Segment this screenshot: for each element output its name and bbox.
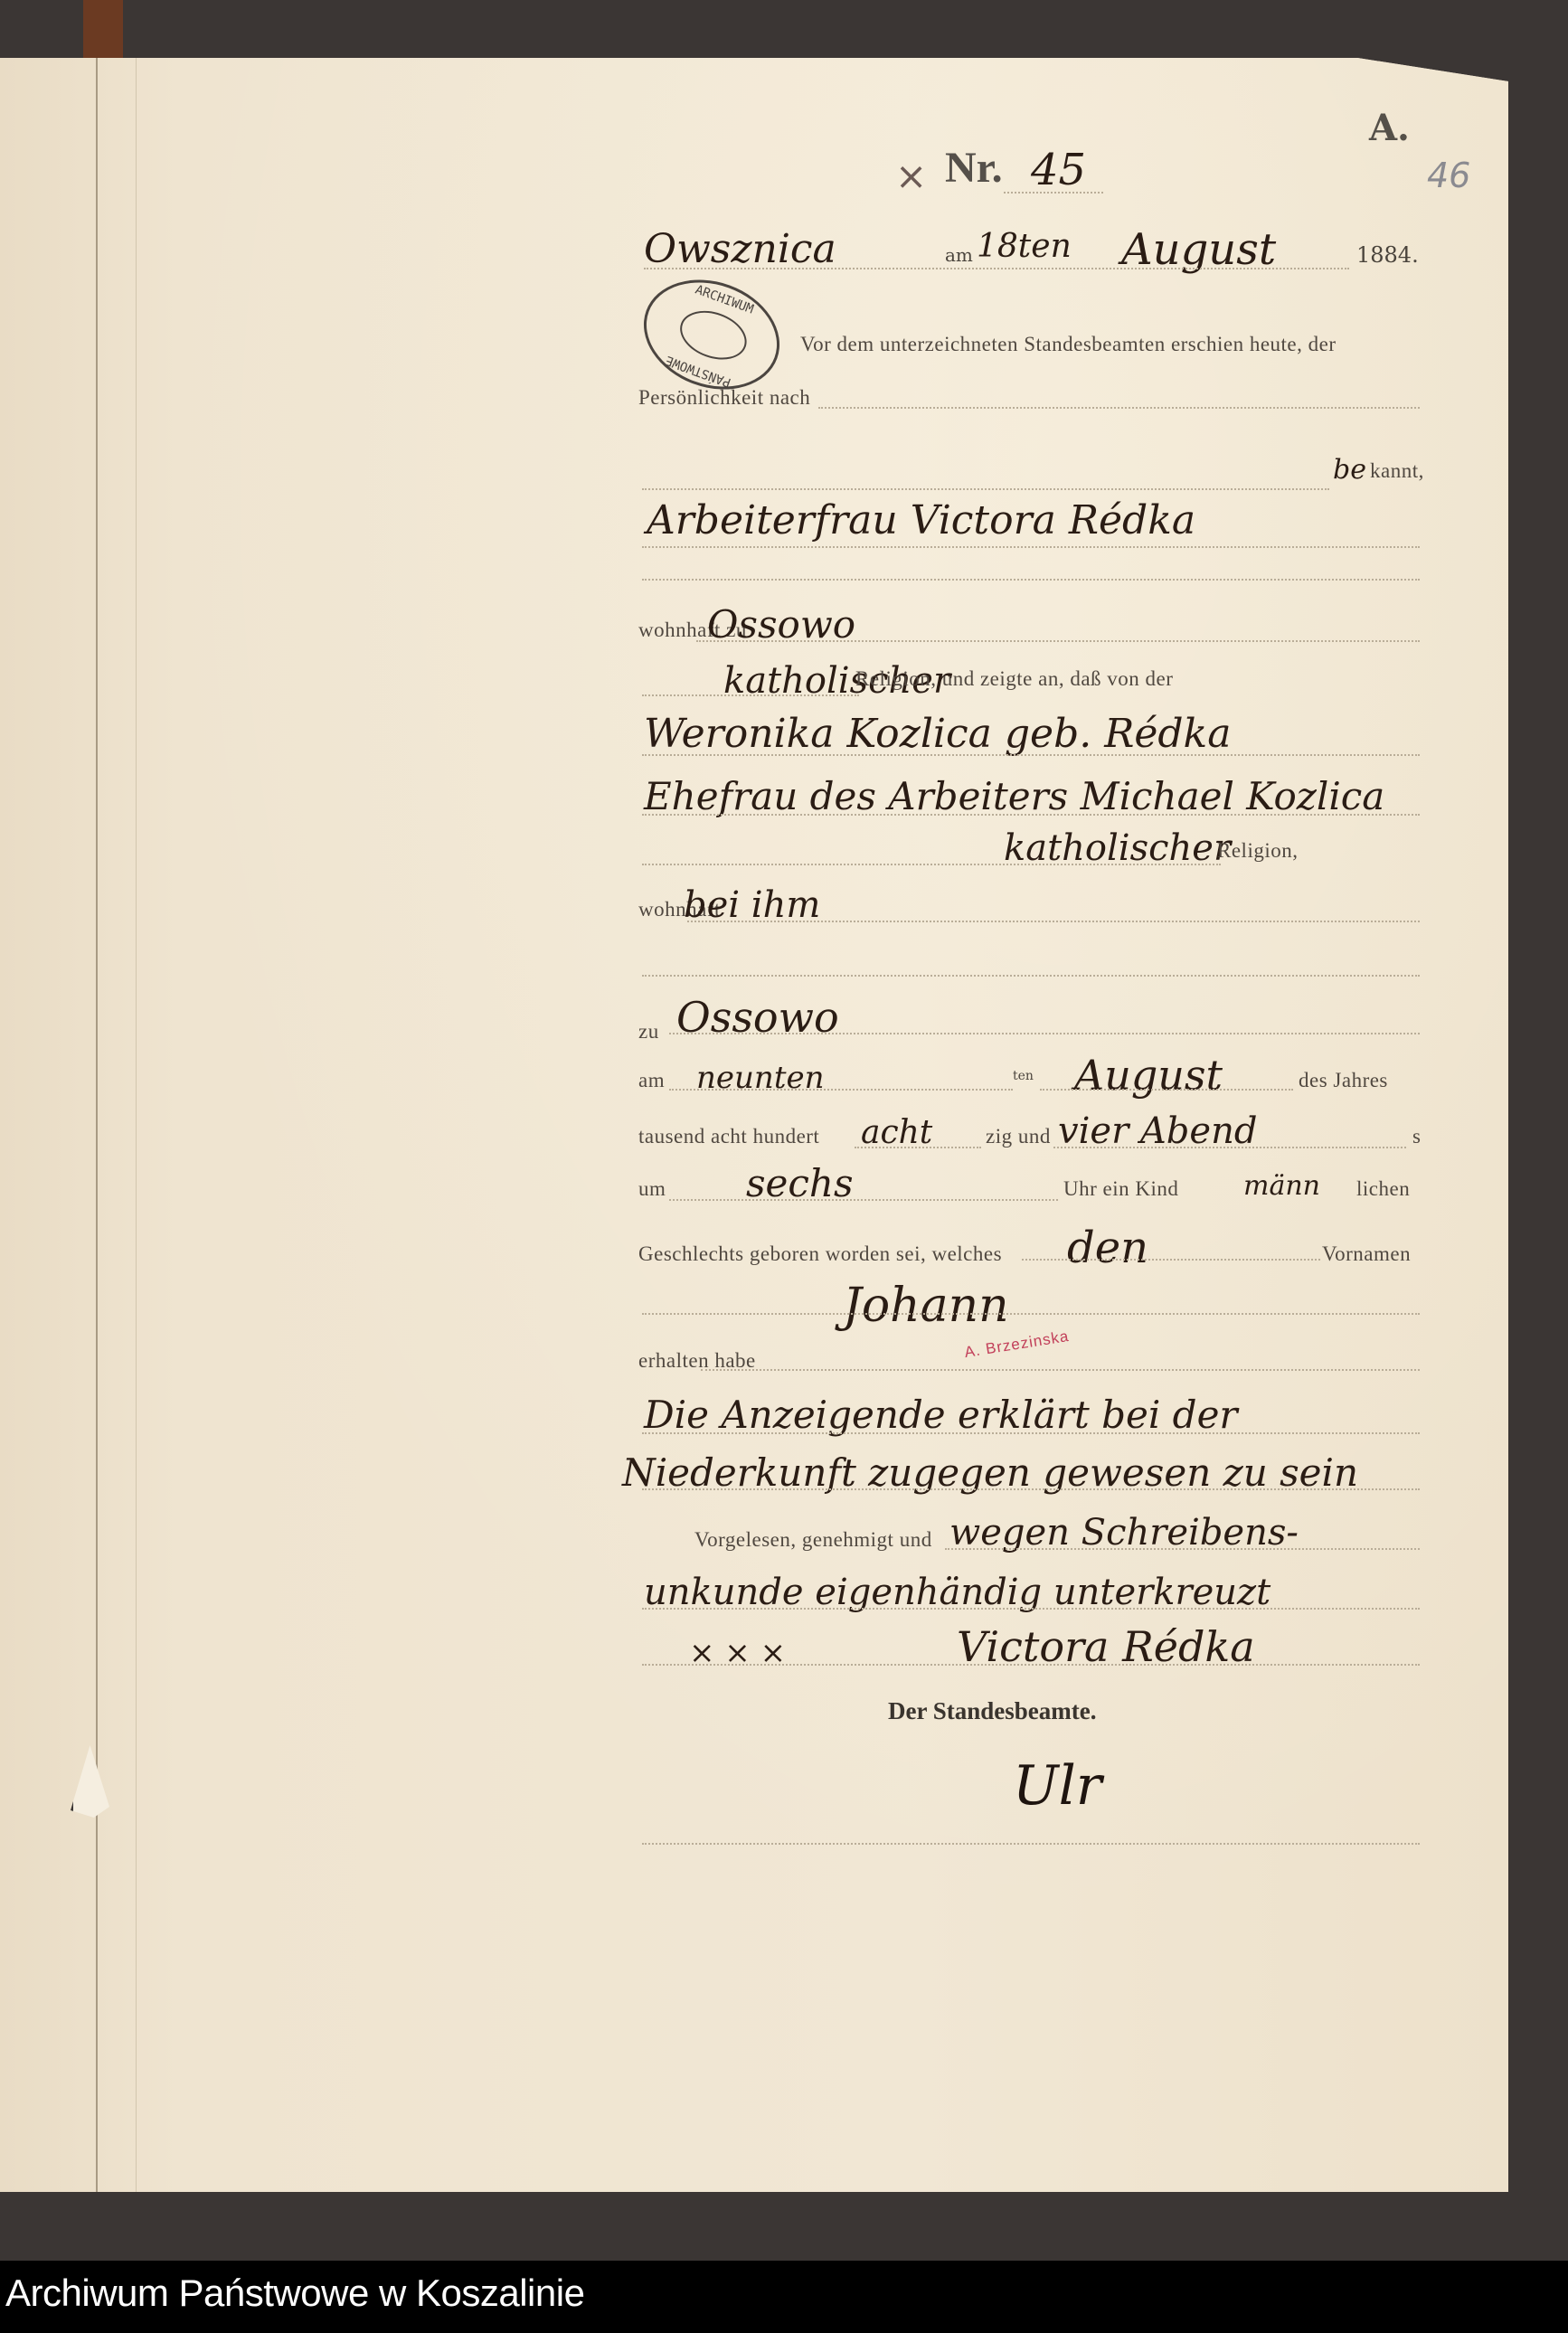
form-line <box>1040 1089 1293 1091</box>
printed-text: um <box>638 1177 666 1201</box>
form-line <box>669 1033 1420 1034</box>
printed-text: s <box>1412 1125 1421 1148</box>
printed-text: Persönlichkeit nach <box>638 386 810 410</box>
form-line <box>642 814 1420 816</box>
signature-heading: Der Standesbeamte. <box>888 1697 1096 1725</box>
form-line <box>669 1089 1013 1091</box>
printed-text: tausend acht hundert <box>638 1125 819 1148</box>
printed-text: Vorgelesen, genehmigt und <box>694 1528 932 1552</box>
form-line <box>642 754 1420 756</box>
form-line <box>642 1843 1420 1845</box>
printed-text: Religion, und zeigte an, daß von der <box>855 667 1173 691</box>
printed-text: des Jahres <box>1299 1069 1388 1092</box>
archive-name: Archiwum Państwowe w Koszalinie <box>5 2272 584 2315</box>
printed-text: zig und <box>986 1125 1051 1148</box>
form-line <box>642 546 1420 548</box>
form-line <box>642 1664 1420 1666</box>
form-line <box>642 1608 1420 1610</box>
printed-text: kannt, <box>1370 459 1424 483</box>
binding-crease <box>136 58 137 2192</box>
date-day: 18ten <box>977 228 1072 265</box>
printed-text: Uhr ein Kind <box>1063 1177 1178 1201</box>
cross-mark: × <box>895 154 927 198</box>
form-line <box>642 1488 1420 1490</box>
handwritten-entry: be <box>1333 454 1366 486</box>
handwritten-entry: Ehefrau des Arbeiters Michael Kozlica <box>644 774 1384 818</box>
printed-text: Vornamen <box>1322 1242 1411 1266</box>
handwritten-entry: Die Anzeigende erklärt bei der <box>644 1393 1238 1437</box>
form-line <box>642 579 1420 581</box>
printed-text: Religion, <box>1217 839 1298 863</box>
form-line <box>696 640 1420 642</box>
form-line <box>642 694 859 696</box>
handwritten-entry: neunten <box>696 1060 825 1096</box>
handwritten-entry: acht <box>861 1114 932 1151</box>
folio-number: 46 <box>1427 156 1470 195</box>
handwritten-entry: den <box>1067 1223 1148 1273</box>
form-line <box>945 1548 1420 1550</box>
binding-fold <box>96 58 98 2192</box>
signature-cross-marks: × × × <box>689 1635 786 1671</box>
handwritten-entry: August <box>1074 1051 1223 1100</box>
form-line <box>855 1147 981 1148</box>
handwritten-entry: männ <box>1243 1170 1320 1202</box>
printed-text: am <box>638 1069 665 1092</box>
printed-text: Geschlechts geboren worden sei, welches <box>638 1242 1002 1266</box>
official-signature: Ulr <box>1013 1754 1101 1818</box>
form-line <box>669 1199 1058 1201</box>
form-line <box>642 1432 1420 1434</box>
book-spine <box>83 0 123 58</box>
printed-text: zu <box>638 1020 659 1044</box>
form-line <box>1004 192 1103 194</box>
handwritten-entry: Weronika Kozlica geb. Rédka <box>644 711 1231 757</box>
printed-text: ten <box>1013 1069 1034 1083</box>
year: 1884. <box>1356 242 1419 268</box>
form-line <box>642 975 1420 977</box>
child-name: Johann <box>843 1279 1009 1333</box>
form-line <box>642 488 1329 490</box>
printed-text: Vor dem unterzeichneten Standesbeamten e… <box>800 333 1337 356</box>
form-line <box>818 407 1420 409</box>
form-line <box>642 864 1221 865</box>
place-name: Owsznica <box>644 226 836 272</box>
handwritten-entry: Arbeiterfrau Victora Rédka <box>647 497 1195 543</box>
record-number: 45 <box>1031 145 1086 195</box>
form-line <box>1022 1259 1320 1261</box>
form-line <box>701 1369 1420 1371</box>
form-line <box>687 921 1420 922</box>
form-line <box>644 268 1349 269</box>
form-line <box>1053 1147 1406 1148</box>
form-line <box>642 1313 1420 1315</box>
record-number-label: Nr. <box>945 143 1003 193</box>
form-letter: A. <box>1369 107 1410 149</box>
date-label: am <box>945 244 973 266</box>
printed-text: lichen <box>1356 1177 1410 1201</box>
